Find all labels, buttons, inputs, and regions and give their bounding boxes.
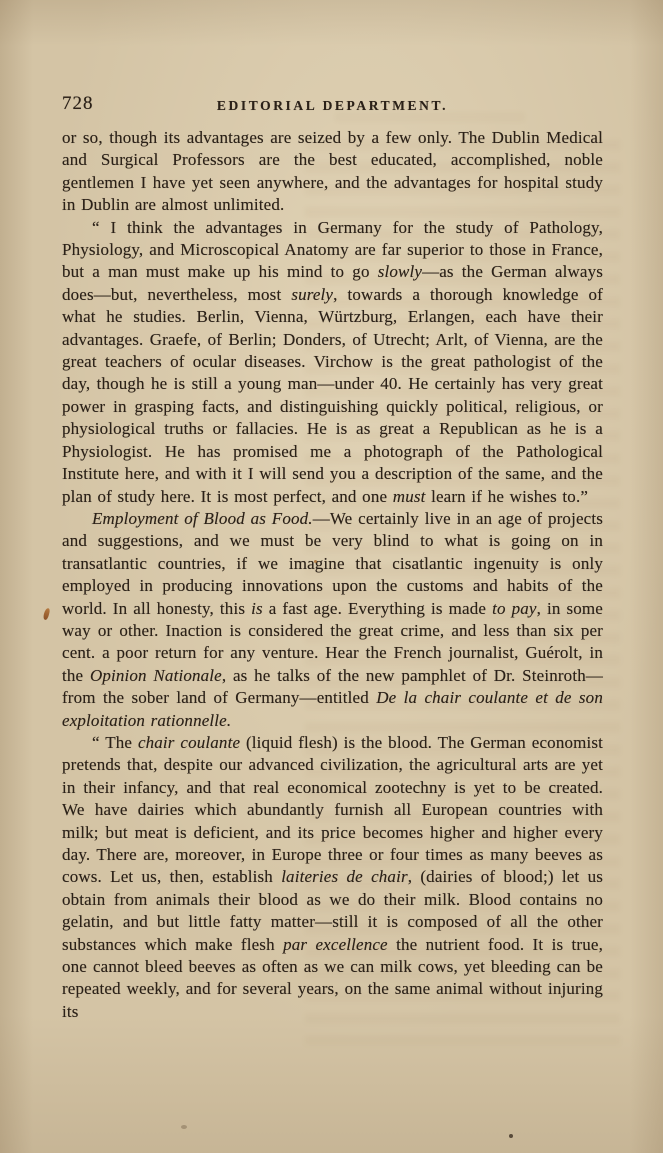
foxing-speck bbox=[314, 560, 317, 563]
text-run: a fast age. Everything is made bbox=[263, 599, 492, 618]
italic-run: is bbox=[251, 599, 263, 618]
book-page: 728 EDITORIAL DEPARTMENT. or so, though … bbox=[0, 0, 663, 1153]
italic-run: surely bbox=[291, 285, 333, 304]
margin-ink-mark bbox=[43, 608, 51, 621]
page-number: 728 bbox=[62, 93, 94, 115]
italic-run: Employment of Blood as Food. bbox=[92, 509, 313, 528]
paragraph: Employment of Blood as Food.—We certainl… bbox=[62, 508, 603, 732]
text-run: (liquid flesh) is the blood. The German … bbox=[62, 733, 603, 886]
italic-run: laiteries de chair bbox=[281, 867, 408, 886]
text-run: or so, though its advantages are seized … bbox=[62, 128, 603, 214]
page-header: 728 EDITORIAL DEPARTMENT. bbox=[62, 95, 603, 119]
text-run: , towards a thorough knowledge of what h… bbox=[62, 285, 603, 506]
paragraph: “ The chair coulante (liquid flesh) is t… bbox=[62, 732, 603, 1023]
italic-run: Opinion Nationale bbox=[90, 666, 222, 685]
italic-run: must bbox=[393, 487, 426, 506]
foxing-speck bbox=[509, 1134, 513, 1138]
paragraph: “ I think the advantages in Germany for … bbox=[62, 217, 603, 508]
foxing-speck bbox=[181, 1125, 187, 1129]
italic-run: par excellence bbox=[283, 935, 388, 954]
italic-run: slowly bbox=[378, 262, 422, 281]
page-body: or so, though its advantages are seized … bbox=[62, 127, 603, 1023]
italic-run: to pay bbox=[492, 599, 537, 618]
paragraph: or so, though its advantages are seized … bbox=[62, 127, 603, 217]
italic-run: chair coulante bbox=[138, 733, 240, 752]
text-run: learn if he wishes to.” bbox=[426, 487, 589, 506]
text-run: “ The bbox=[92, 733, 138, 752]
running-title: EDITORIAL DEPARTMENT. bbox=[62, 95, 603, 114]
